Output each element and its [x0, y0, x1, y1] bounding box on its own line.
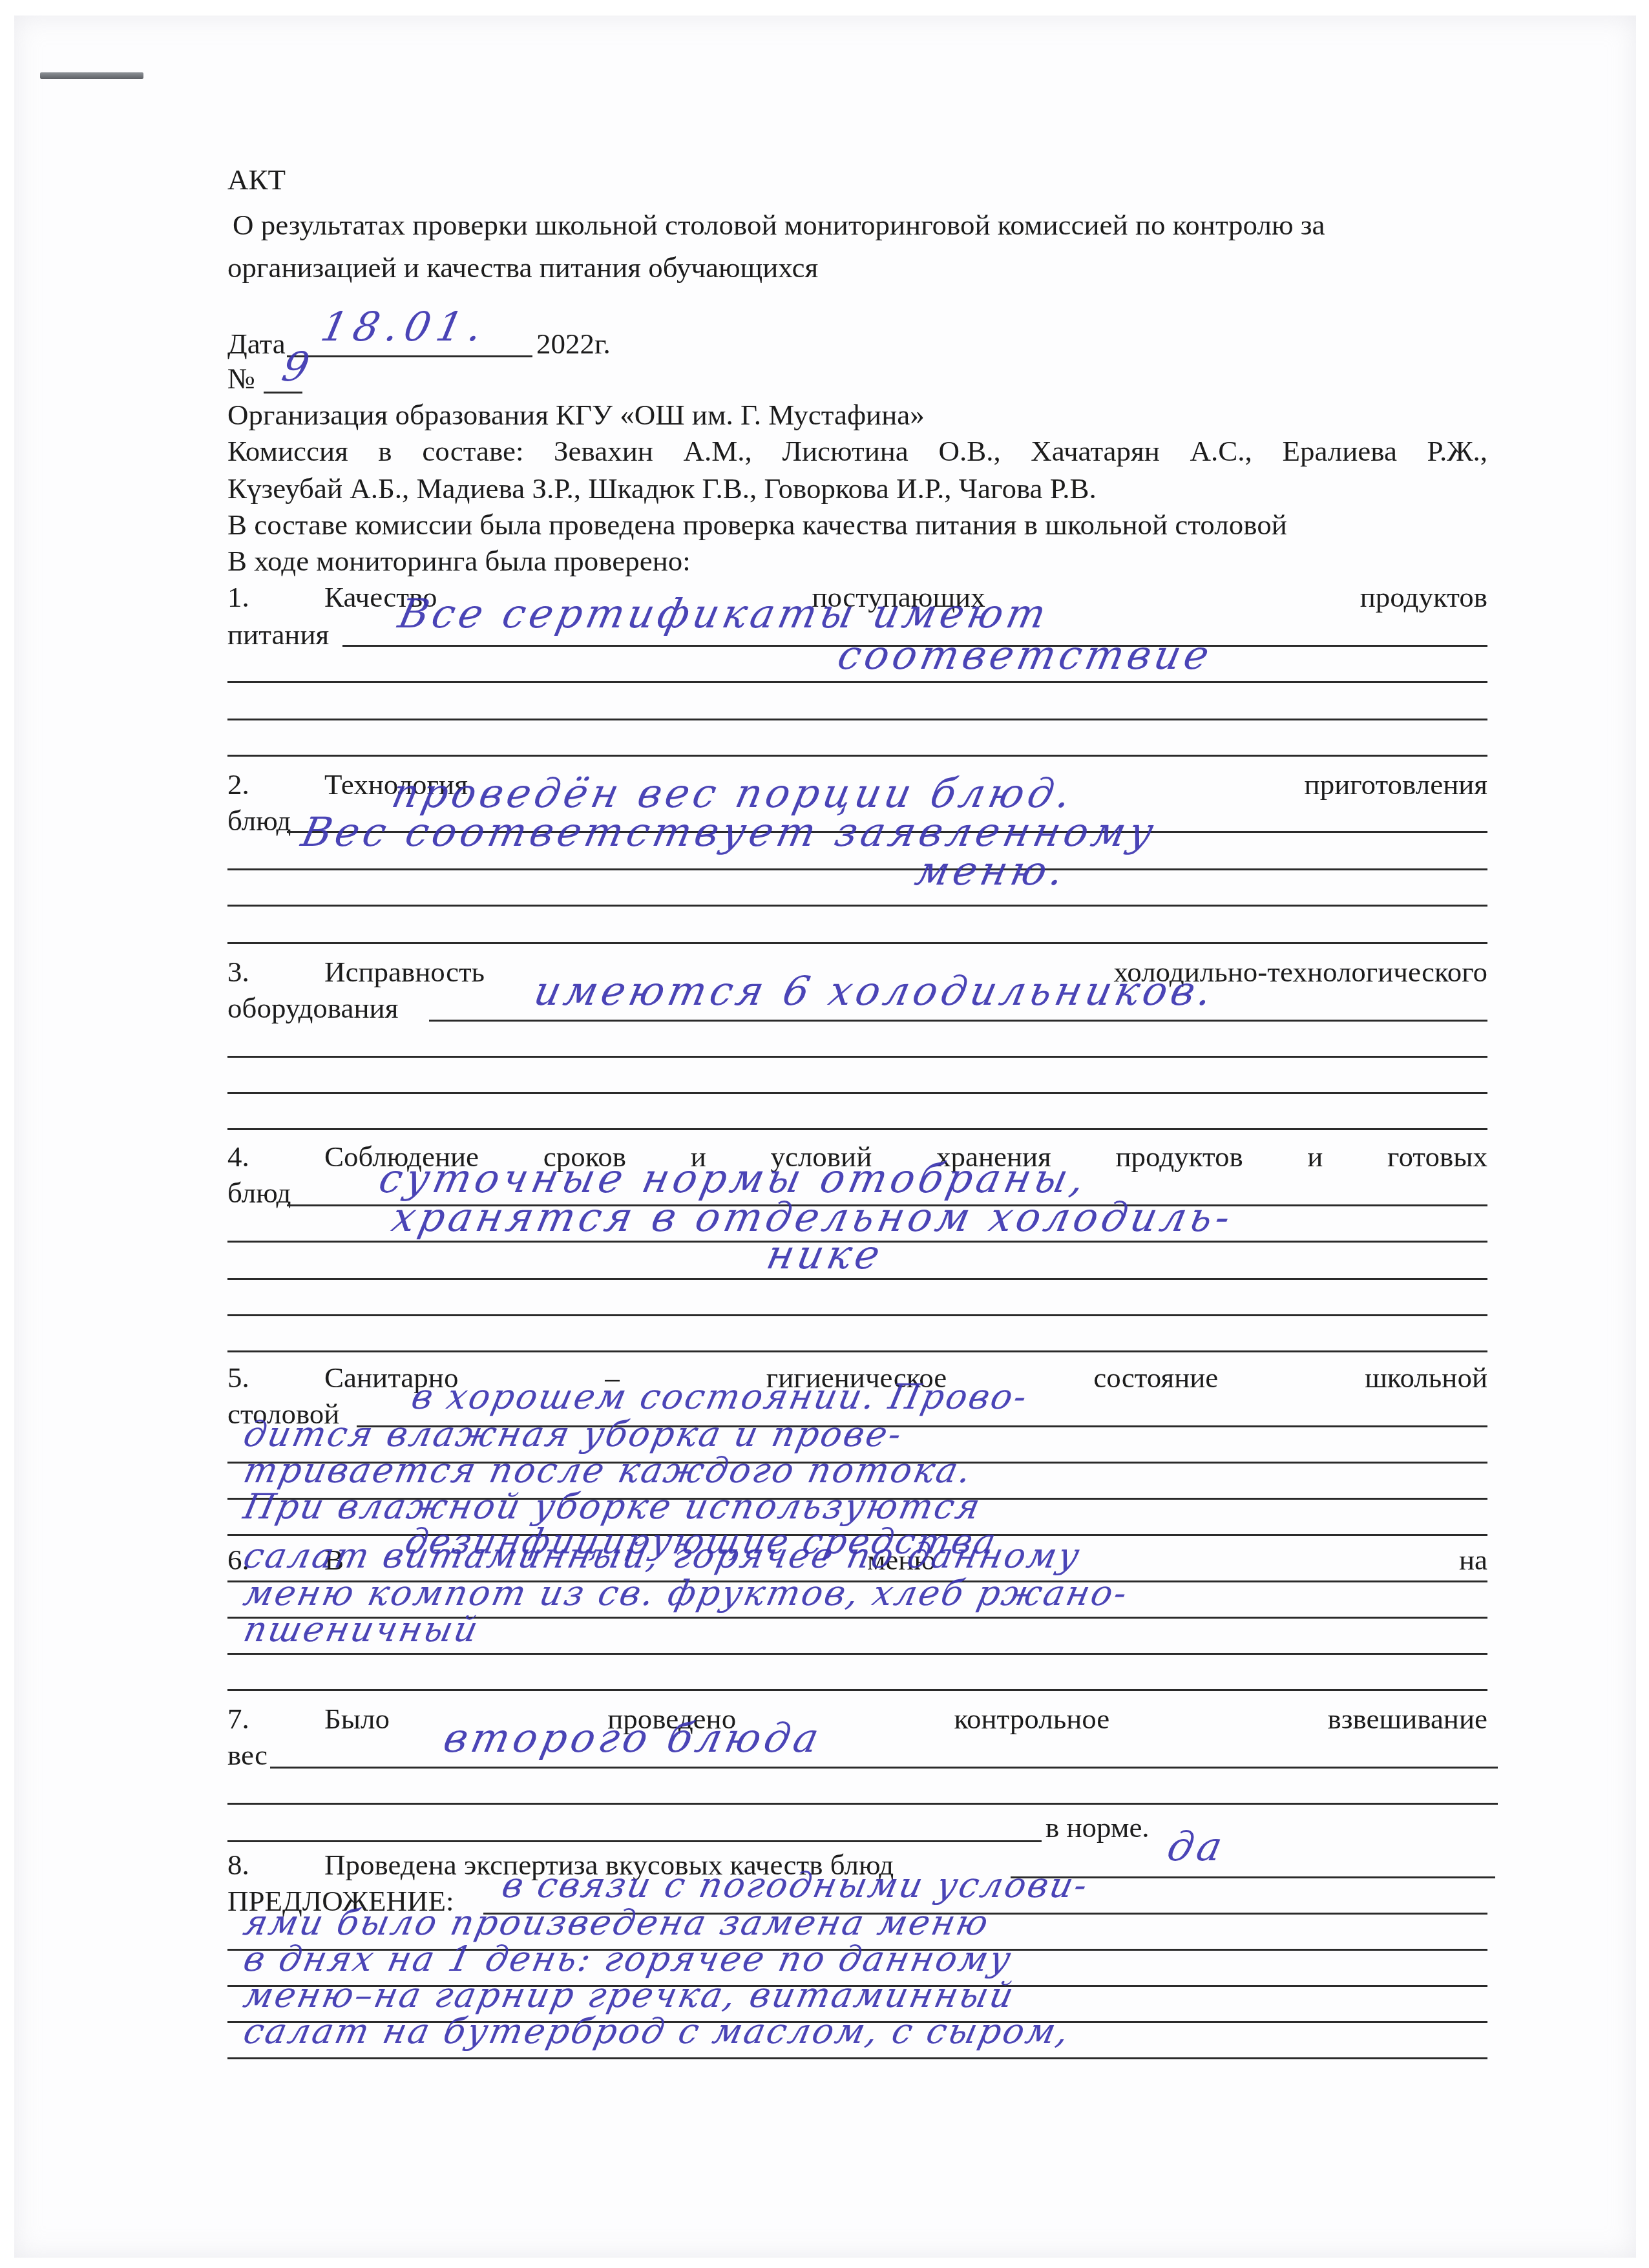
intro-line2: В ходе мониторинга была проверено:: [227, 543, 691, 579]
date-label: Дата: [227, 326, 286, 362]
answer-line: [227, 681, 1487, 683]
heading-word: Было: [324, 1703, 390, 1735]
answer-line: [227, 1840, 1042, 1842]
section-1-answer-line2: соответствие: [835, 637, 1216, 673]
commission-word: А.С.,: [1190, 433, 1252, 469]
commission-word: А.М.,: [683, 433, 751, 469]
section-8-answer: да: [1164, 1829, 1229, 1865]
answer-line: [227, 1653, 1487, 1655]
proposal-answer-line5: салат на бутерброд с маслом, с сыром,: [240, 2013, 1074, 2050]
section-number: 1.: [227, 579, 324, 615]
section-6-answer-line2: меню компот из св. фруктов, хлеб ржано-: [240, 1575, 1132, 1612]
section-number: 2.: [227, 766, 324, 803]
commission-word: в: [378, 433, 392, 469]
commission-word: Комиссия: [227, 433, 348, 469]
commission-line2: Күзеубай А.Б., Мадиева З.Р., Шкадюк Г.В.…: [227, 470, 1097, 507]
commission-word: Зевахин: [554, 433, 653, 469]
commission-line1: Комиссиявсоставе:ЗевахинА.М.,ЛисютинаО.В…: [227, 433, 1487, 469]
staple-mark: [40, 72, 143, 79]
answer-line: [227, 755, 1487, 757]
heading-word: продуктов: [1360, 579, 1487, 615]
commission-word: Лисютина: [782, 433, 908, 469]
number-label: №: [227, 361, 255, 397]
intro-line1: В составе комиссии была проведена провер…: [227, 507, 1287, 543]
proposal-answer-line4: меню–на гарнир гречка, витаминный: [240, 1977, 1018, 2013]
section-1-answer-line1: Все сертификаты имеют: [395, 596, 1053, 632]
heading-word: состояние: [1093, 1360, 1218, 1396]
section-number: 5.: [227, 1360, 324, 1396]
section-5-answer-line4: При влажной уборке используются: [240, 1489, 985, 1525]
answer-line: [227, 942, 1487, 944]
date-year: 2022г.: [536, 326, 611, 362]
heading-word: и: [1307, 1139, 1323, 1175]
number-underline: [264, 392, 302, 394]
answer-line: [227, 1056, 1487, 1058]
section-2-answer-line3: меню.: [912, 853, 1071, 889]
date-value: 18.01.: [318, 309, 492, 345]
section-5-answer-line3: тривается после каждого потока.: [240, 1453, 976, 1489]
document-subtitle-line2: организацией и качества питания обучающи…: [227, 249, 818, 286]
section-6-answer-line1: салат витаминный, горячее по данному: [240, 1538, 1084, 1574]
commission-word: Р.Ж.,: [1427, 433, 1487, 469]
section-heading-start: 3.Исправность: [227, 954, 485, 990]
section-6-answer-line3: пшеничный: [240, 1612, 483, 1648]
section-4-lead: блюд: [227, 1175, 291, 1211]
answer-line: [227, 905, 1487, 907]
answer-line: [227, 1314, 1487, 1316]
document-subtitle-line1: О результатах проверки школьной столовой…: [233, 207, 1325, 243]
answer-line: [227, 1092, 1487, 1094]
section-5-answer-line1: в хорошем состоянии. Прово-: [408, 1379, 1032, 1415]
section-4-answer-line2: хранятся в отдельном холодиль-: [389, 1199, 1237, 1235]
heading-word: готовых: [1387, 1139, 1487, 1175]
section-1-lead: питания: [227, 616, 329, 653]
commission-word: Хачатарян: [1031, 433, 1160, 469]
section-7-lead: вес: [227, 1737, 268, 1773]
commission-word: Ералиева: [1282, 433, 1397, 469]
organization: Организация образования КГУ «ОШ им. Г. М…: [227, 397, 925, 433]
proposal-answer-line2: ями было произведена замена меню: [240, 1905, 993, 1941]
answer-line: [227, 1128, 1487, 1130]
section-8-number: 8.: [227, 1847, 324, 1883]
answer-line: [227, 2057, 1487, 2059]
section-4-answer-line1: суточные нормы отобраны,: [376, 1160, 1091, 1197]
heading-word: школьной: [1365, 1360, 1487, 1396]
heading-word: контрольное: [954, 1701, 1109, 1737]
section-3-answer-line1: имеются 6 холодильников.: [531, 973, 1219, 1009]
answer-line: [270, 1767, 1498, 1769]
section-heading-start: 7.Было: [227, 1701, 390, 1737]
section-4-answer-line3: нике: [764, 1237, 887, 1273]
date-underline: [287, 355, 532, 357]
section-2-answer-line2: Вес соответствует заявленному: [299, 814, 1161, 850]
heading-word: на: [1459, 1542, 1487, 1578]
answer-line: [227, 1689, 1487, 1691]
section-7-suffix: в норме.: [1045, 1809, 1150, 1845]
commission-word: составе:: [422, 433, 523, 469]
answer-line: [227, 1350, 1487, 1352]
section-5-answer-line2: дится влажная уборка и прове-: [240, 1416, 907, 1453]
heading-word: приготовления: [1305, 766, 1487, 803]
section-7-heading: 7.Былопроведеноконтрольноевзвешивание: [227, 1701, 1487, 1737]
section-2-lead: блюд: [227, 803, 291, 839]
commission-word: О.В.,: [938, 433, 1000, 469]
answer-line: [227, 1803, 1498, 1805]
section-number: 3.: [227, 954, 324, 990]
section-number: 4.: [227, 1139, 324, 1175]
section-number: 7.: [227, 1701, 324, 1737]
document-title: АКТ: [227, 162, 286, 198]
answer-line: [429, 1020, 1487, 1022]
section-3-lead: оборудования: [227, 990, 398, 1026]
answer-line: [227, 719, 1487, 720]
proposal-answer-line3: в днях на 1 день: горячее по данному: [240, 1941, 1016, 1977]
answer-line: [227, 1278, 1487, 1280]
heading-word: Исправность: [324, 956, 485, 988]
proposal-answer-line1: в связи с погодными услови-: [499, 1867, 1092, 1904]
heading-word: взвешивание: [1328, 1701, 1487, 1737]
heading-word: продуктов: [1115, 1139, 1243, 1175]
section-2-answer-line1: проведён вес порции блюд.: [389, 775, 1078, 812]
answer-line: [227, 868, 1487, 870]
section-7-answer-line1: второго блюда: [441, 1720, 826, 1756]
